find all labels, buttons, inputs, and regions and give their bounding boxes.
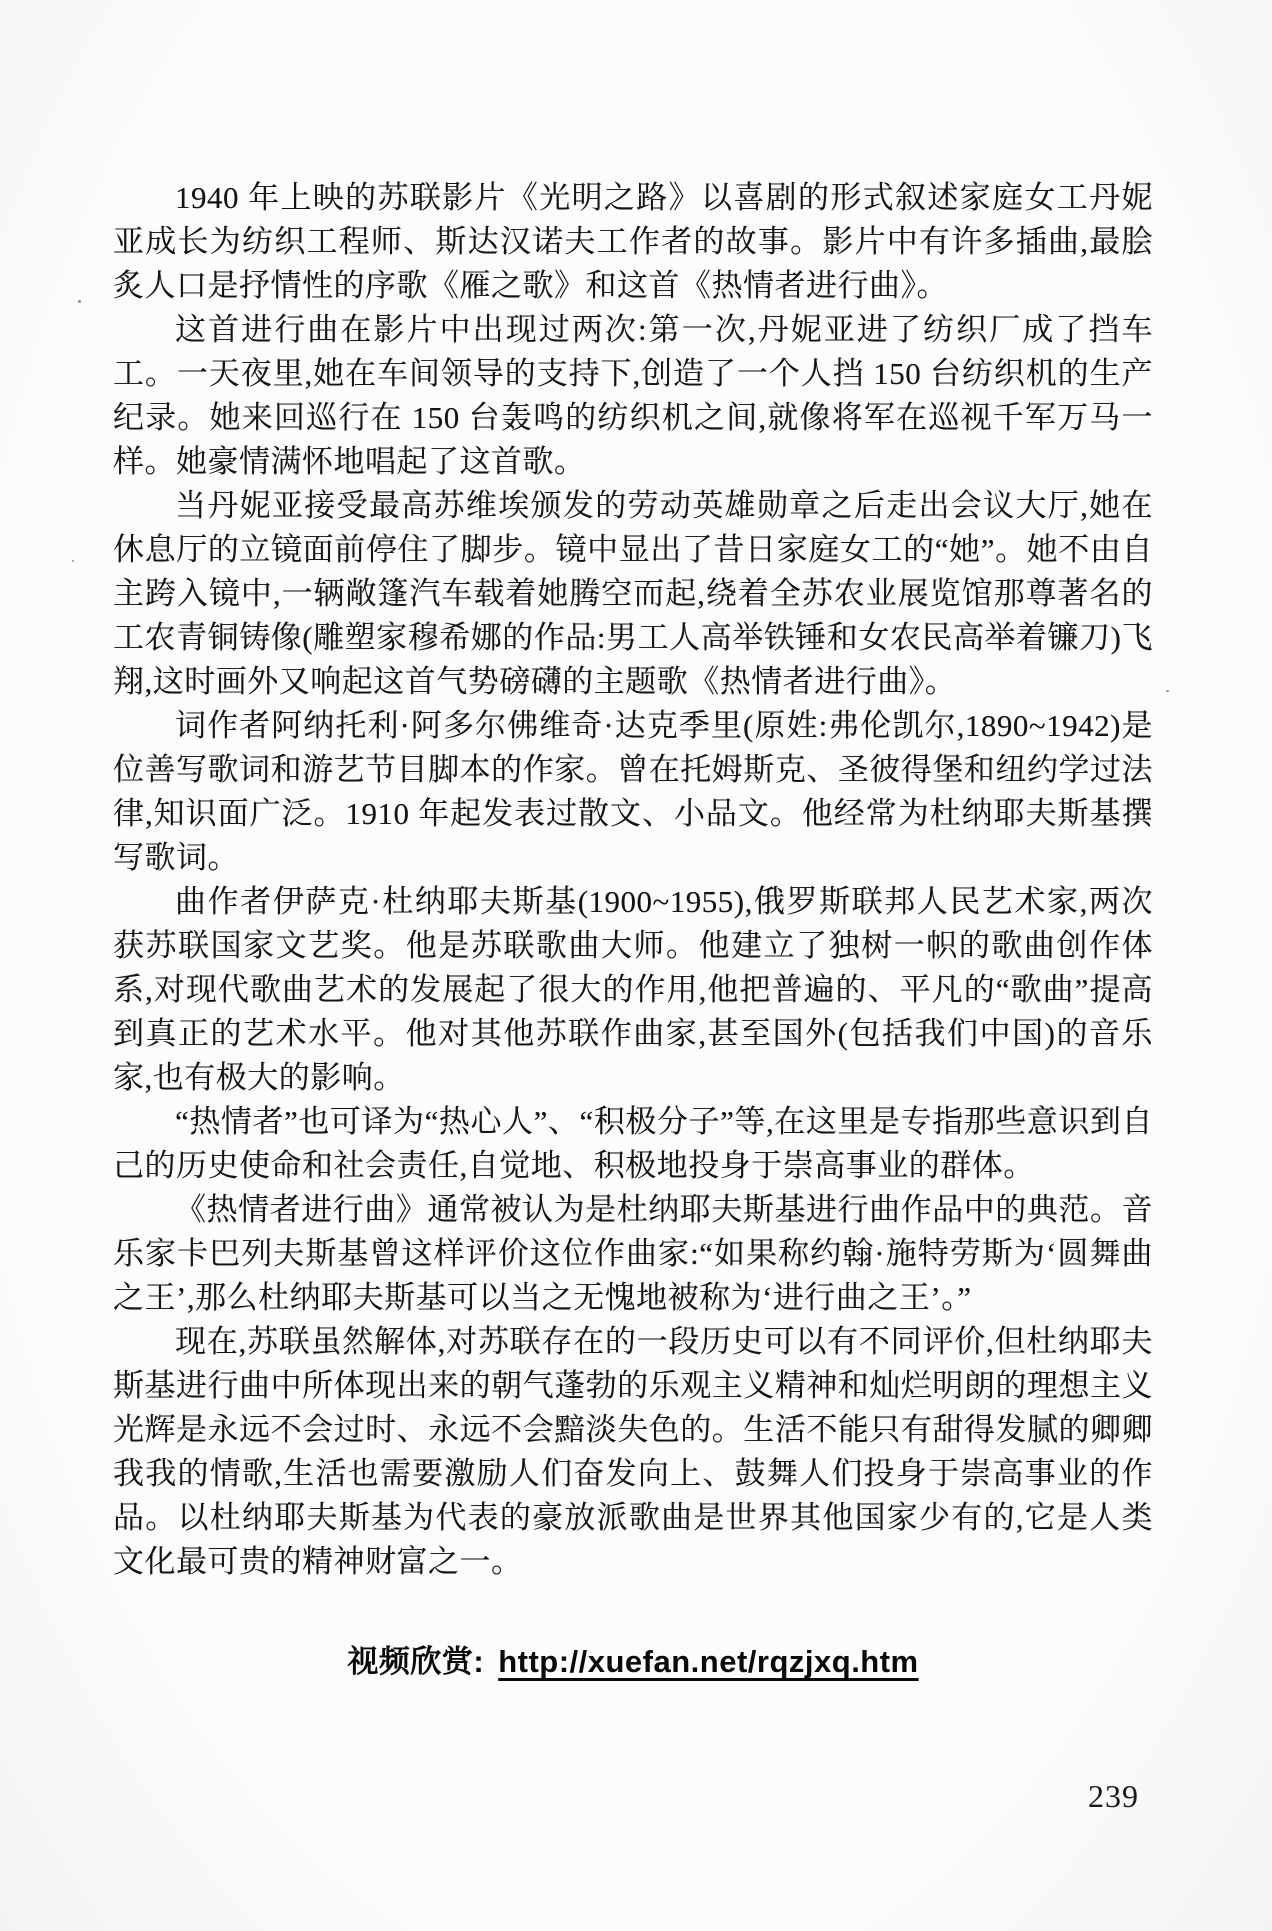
article-body: 1940 年上映的苏联影片《光明之路》以喜剧的形式叙述家庭女工丹妮亚成长为纺织工… (113, 176, 1153, 1684)
paragraph-composer: 曲作者伊萨克·杜纳耶夫斯基(1900~1955),俄罗斯联邦人民艺术家,两次获苏… (113, 880, 1153, 1100)
scan-speck (78, 300, 81, 303)
paragraph-title-meaning: “热情者”也可译为“热心人”、“积极分子”等,在这里是专指那些意识到自己的历史使… (113, 1100, 1153, 1188)
scan-speck (72, 560, 74, 562)
paragraph-second-appearance: 当丹妮亚接受最高苏维埃颁发的劳动英雄勋章之后走出会议大厅,她在休息厅的立镜面前停… (113, 484, 1153, 704)
scanned-book-page: 1940 年上映的苏联影片《光明之路》以喜剧的形式叙述家庭女工丹妮亚成长为纺织工… (0, 0, 1272, 1931)
video-link-url[interactable]: http://xuefan.net/rqzjxq.htm (498, 1644, 918, 1679)
paragraph-film-intro: 1940 年上映的苏联影片《光明之路》以喜剧的形式叙述家庭女工丹妮亚成长为纺织工… (113, 176, 1153, 308)
paragraph-first-appearance: 这首进行曲在影片中出现过两次:第一次,丹妮亚进了纺织厂成了挡车工。一天夜里,她在… (113, 308, 1153, 484)
paragraph-march-king-quote: 《热情者进行曲》通常被认为是杜纳耶夫斯基进行曲作品中的典范。音乐家卡巴列夫斯基曾… (113, 1188, 1153, 1320)
video-link-row: 视频欣赏:http://xuefan.net/rqzjxq.htm (113, 1640, 1153, 1684)
page-number: 239 (1088, 1778, 1139, 1815)
paragraph-conclusion: 现在,苏联虽然解体,对苏联存在的一段历史可以有不同评价,但杜纳耶夫斯基进行曲中所… (113, 1320, 1153, 1584)
video-link-label: 视频欣赏: (347, 1644, 484, 1679)
paragraph-lyricist: 词作者阿纳托利·阿多尔佛维奇·达克季里(原姓:弗伦凯尔,1890~1942)是位… (113, 704, 1153, 880)
scan-speck (1166, 690, 1169, 692)
